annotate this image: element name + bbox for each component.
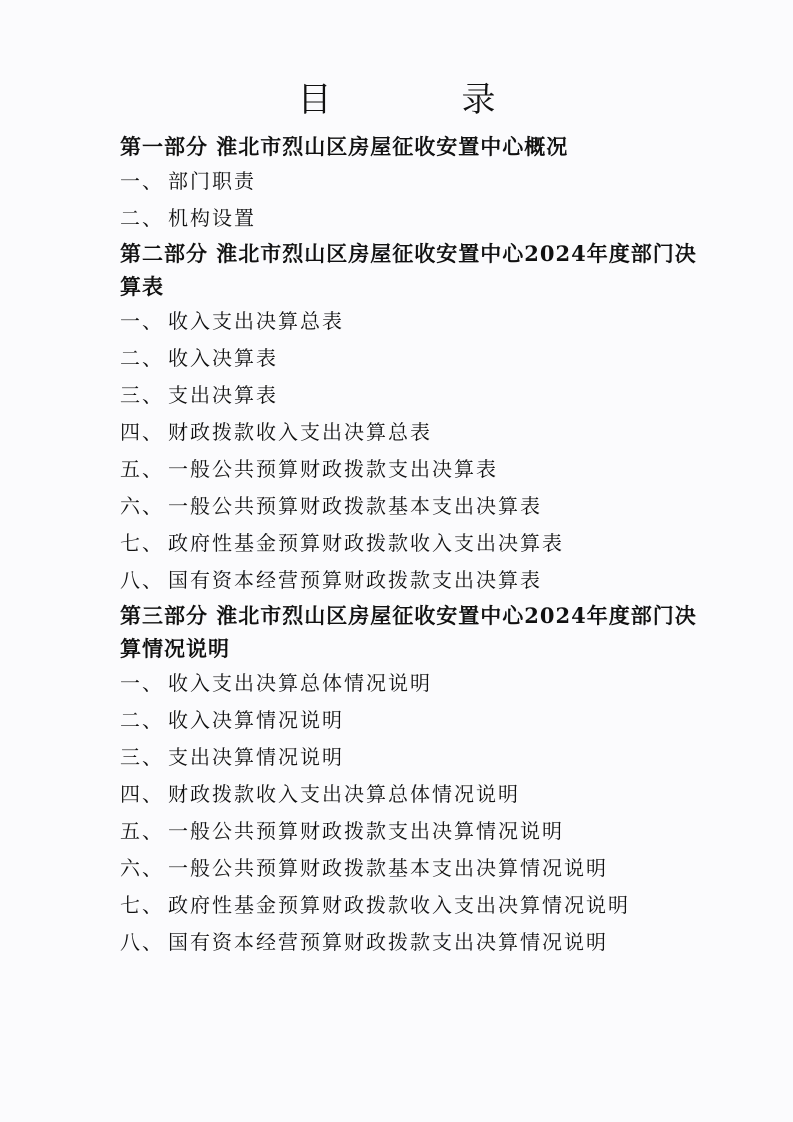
toc-item[interactable]: 七、政府性基金预算财政拨款收入支出决算表 bbox=[120, 525, 700, 562]
toc-item[interactable]: 六、一般公共预算财政拨款基本支出决算情况说明 bbox=[120, 850, 700, 887]
toc-item[interactable]: 四、财政拨款收入支出决算总表 bbox=[120, 414, 700, 451]
item-text: 财政拨款收入支出决算总体情况说明 bbox=[168, 782, 520, 806]
item-text: 机构设置 bbox=[168, 206, 256, 230]
item-number: 一、 bbox=[120, 303, 168, 340]
toc-item[interactable]: 八、国有资本经营预算财政拨款支出决算情况说明 bbox=[120, 924, 700, 961]
part-heading-2: 第二部分 淮北市烈山区房屋征收安置中心2024年度部门决算表 bbox=[120, 237, 700, 303]
page-title: 目 录 bbox=[0, 72, 793, 121]
item-text: 收入支出决算总表 bbox=[168, 309, 344, 333]
item-text: 支出决算情况说明 bbox=[168, 745, 344, 769]
toc-item[interactable]: 三、支出决算情况说明 bbox=[120, 739, 700, 776]
item-number: 六、 bbox=[120, 488, 168, 525]
item-text: 一般公共预算财政拨款支出决算情况说明 bbox=[168, 819, 564, 843]
toc-item[interactable]: 八、国有资本经营预算财政拨款支出决算表 bbox=[120, 562, 700, 599]
item-text: 收入决算表 bbox=[168, 346, 278, 370]
toc-item[interactable]: 三、支出决算表 bbox=[120, 377, 700, 414]
item-number: 三、 bbox=[120, 377, 168, 414]
toc-item[interactable]: 二、机构设置 bbox=[120, 200, 700, 237]
item-text: 国有资本经营预算财政拨款支出决算情况说明 bbox=[168, 930, 608, 954]
toc-item[interactable]: 二、收入决算情况说明 bbox=[120, 702, 700, 739]
item-text: 收入支出决算总体情况说明 bbox=[168, 671, 432, 695]
item-number: 二、 bbox=[120, 340, 168, 377]
item-number: 一、 bbox=[120, 665, 168, 702]
toc-item[interactable]: 二、收入决算表 bbox=[120, 340, 700, 377]
toc-item[interactable]: 四、财政拨款收入支出决算总体情况说明 bbox=[120, 776, 700, 813]
item-number: 三、 bbox=[120, 739, 168, 776]
item-number: 七、 bbox=[120, 525, 168, 562]
item-text: 支出决算表 bbox=[168, 383, 278, 407]
item-number: 七、 bbox=[120, 887, 168, 924]
item-text: 一般公共预算财政拨款支出决算表 bbox=[168, 457, 498, 481]
item-text: 一般公共预算财政拨款基本支出决算情况说明 bbox=[168, 856, 608, 880]
item-number: 五、 bbox=[120, 813, 168, 850]
item-text: 政府性基金预算财政拨款收入支出决算表 bbox=[168, 531, 564, 555]
item-number: 四、 bbox=[120, 776, 168, 813]
item-text: 国有资本经营预算财政拨款支出决算表 bbox=[168, 568, 542, 592]
item-text: 财政拨款收入支出决算总表 bbox=[168, 420, 432, 444]
toc-item[interactable]: 七、政府性基金预算财政拨款收入支出决算情况说明 bbox=[120, 887, 700, 924]
item-text: 政府性基金预算财政拨款收入支出决算情况说明 bbox=[168, 893, 630, 917]
table-of-contents: 第一部分 淮北市烈山区房屋征收安置中心概况 一、部门职责 二、机构设置 第二部分… bbox=[120, 130, 700, 961]
toc-item[interactable]: 六、一般公共预算财政拨款基本支出决算表 bbox=[120, 488, 700, 525]
toc-item[interactable]: 一、收入支出决算总表 bbox=[120, 303, 700, 340]
toc-item[interactable]: 五、一般公共预算财政拨款支出决算表 bbox=[120, 451, 700, 488]
document-page: 目 录 第一部分 淮北市烈山区房屋征收安置中心概况 一、部门职责 二、机构设置 … bbox=[0, 0, 793, 1122]
toc-item[interactable]: 一、收入支出决算总体情况说明 bbox=[120, 665, 700, 702]
item-number: 五、 bbox=[120, 451, 168, 488]
item-number: 六、 bbox=[120, 850, 168, 887]
item-number: 二、 bbox=[120, 200, 168, 237]
item-number: 一、 bbox=[120, 163, 168, 200]
toc-item[interactable]: 一、部门职责 bbox=[120, 163, 700, 200]
item-number: 八、 bbox=[120, 562, 168, 599]
item-number: 二、 bbox=[120, 702, 168, 739]
item-text: 部门职责 bbox=[168, 169, 256, 193]
item-number: 八、 bbox=[120, 924, 168, 961]
item-number: 四、 bbox=[120, 414, 168, 451]
item-text: 一般公共预算财政拨款基本支出决算表 bbox=[168, 494, 542, 518]
toc-item[interactable]: 五、一般公共预算财政拨款支出决算情况说明 bbox=[120, 813, 700, 850]
part-heading-1: 第一部分 淮北市烈山区房屋征收安置中心概况 bbox=[120, 130, 700, 163]
item-text: 收入决算情况说明 bbox=[168, 708, 344, 732]
part-heading-3: 第三部分 淮北市烈山区房屋征收安置中心2024年度部门决算情况说明 bbox=[120, 599, 700, 665]
